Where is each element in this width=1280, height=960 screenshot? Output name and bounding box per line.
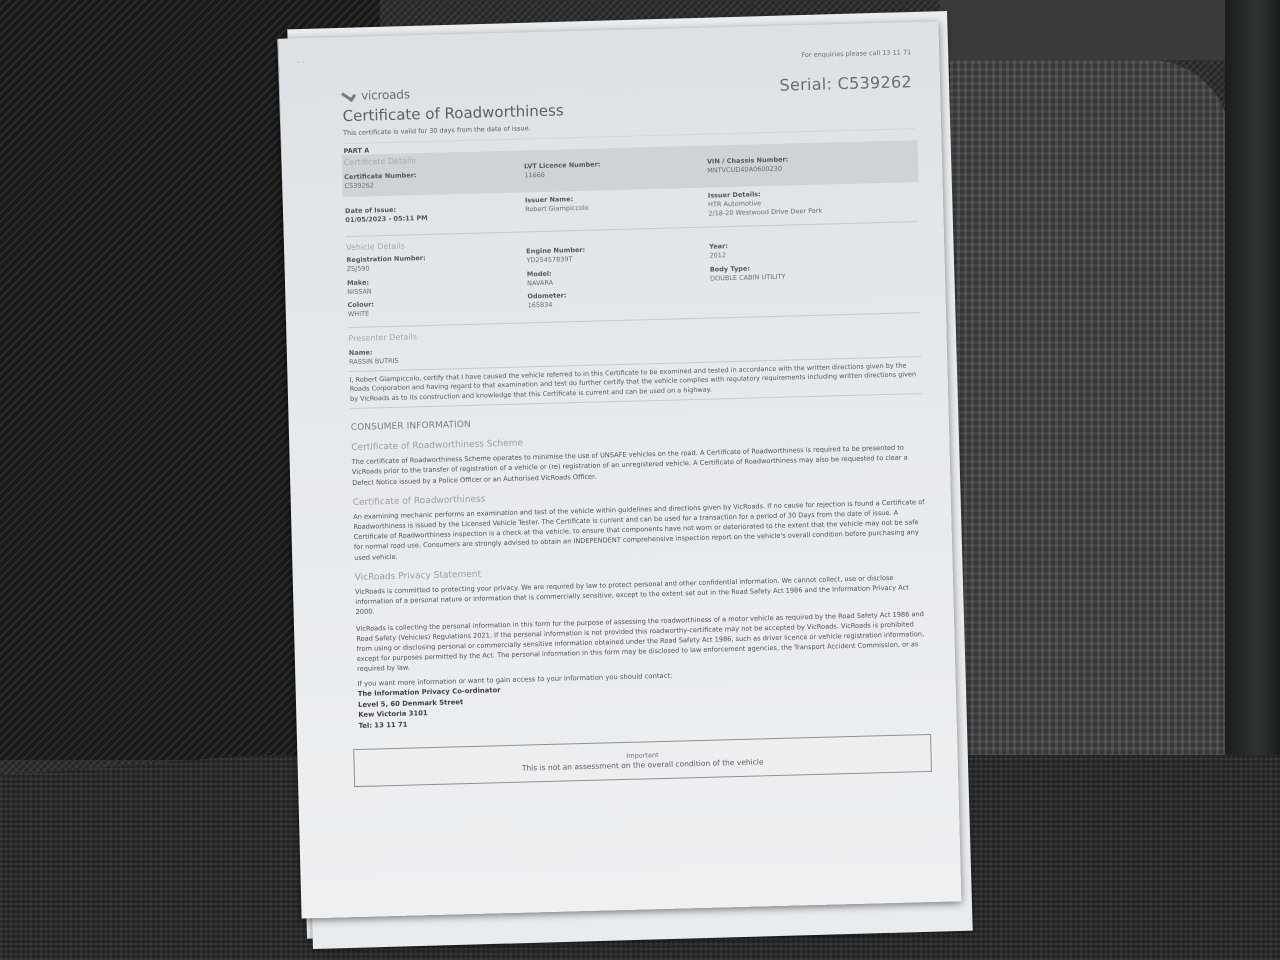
vin-field: VIN / Chassis Number: MNTVCUD40A0600230	[707, 152, 917, 181]
roadworthiness-certificate: - - For enquiries please call 13 11 71 S…	[279, 22, 962, 919]
vehicle-col-3: Year: 2012 Body Type: DOUBLE CABIN UTILI…	[709, 237, 920, 313]
body-type-field: Body Type: DOUBLE CABIN UTILITY	[710, 260, 919, 283]
registration-number-field: Registration Number: ZSJ590	[346, 252, 526, 274]
make-field: Make: NISSAN	[347, 274, 527, 296]
vehicle-details-grid: Registration Number: ZSJ590 Make: NISSAN…	[346, 237, 920, 322]
odometer-field: Odometer: 165834	[527, 287, 710, 309]
logo-text: vicroads	[361, 87, 410, 102]
colour-field: Colour: WHITE	[347, 296, 527, 318]
privacy-text-2: VicRoads is collecting the personal info…	[356, 609, 929, 675]
serial-label: Serial:	[779, 74, 832, 94]
enquiries-note: For enquiries please call 13 11 71	[801, 48, 911, 59]
paper-mark: - -	[297, 58, 304, 66]
vicroads-logo-icon	[342, 90, 358, 102]
important-notice: Important This is not an assessment on t…	[353, 734, 932, 787]
issuer-name-field: Issuer Name: Robert Giampiccolo	[525, 192, 709, 223]
certificate-text: An examining mechanic performs an examin…	[353, 497, 926, 563]
serial-value: C539262	[837, 72, 912, 93]
consumer-information-heading: CONSUMER INFORMATION	[351, 408, 923, 433]
lvt-licence-field: LVT Licence Number: 11666	[524, 158, 708, 186]
engine-number-field: Engine Number: YD25457839T	[526, 243, 709, 265]
issuer-details-field: Issuer Details: HTR Automotive 2/18-20 W…	[708, 186, 918, 218]
serial-number: Serial: C539262	[779, 72, 912, 94]
vehicle-col-1: Registration Number: ZSJ590 Make: NISSAN…	[346, 252, 528, 323]
model-field: Model: NAVARA	[527, 265, 710, 287]
privacy-contact: If you want more information or want to …	[357, 664, 930, 732]
certificate-number-field: Certificate Number: C539262	[344, 168, 524, 190]
seat-cushion-fabric	[950, 60, 1230, 820]
date-of-issue-field: Date of Issue: 01/05/2023 - 05:11 PM	[345, 203, 525, 228]
vehicle-col-2: Engine Number: YD25457839T Model: NAVARA…	[526, 243, 711, 318]
certification-statement: I, Robert Giampiccolo, certify that I ha…	[349, 361, 922, 404]
important-label: Important	[626, 751, 658, 760]
important-text: This is not an assessment on the overall…	[522, 758, 764, 773]
